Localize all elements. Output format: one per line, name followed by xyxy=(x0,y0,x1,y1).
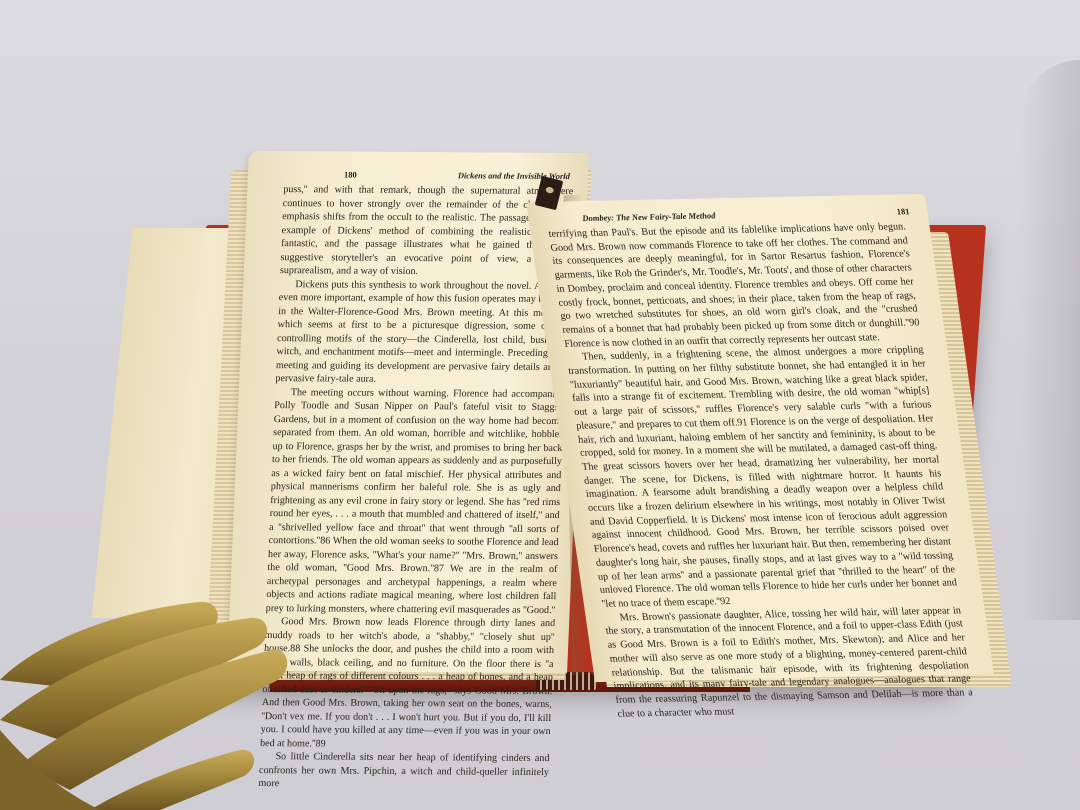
left-page-number: 180 xyxy=(344,169,357,179)
paragraph: Then, suddenly, in a frightening scene, … xyxy=(565,344,959,612)
background-shadow xyxy=(1020,60,1080,620)
right-page: Dombey: The New Fairy-Tale Method 181 te… xyxy=(526,194,994,682)
paragraph: The meeting occurs without warning. Flor… xyxy=(265,386,565,618)
paragraph: terrifying than Paul's. But the episode … xyxy=(548,220,923,351)
right-page-body: terrifying than Paul's. But the episode … xyxy=(529,216,999,722)
paragraph: So little Cinderella sits near her heap … xyxy=(258,750,550,793)
gold-mannequin-hand xyxy=(0,590,300,810)
paragraph: Mrs. Brown's passionate daughter, Alice,… xyxy=(603,604,976,721)
paragraph: Good Mrs. Brown now leads Florence throu… xyxy=(260,615,556,752)
photo-scene: ThstoriesupposhapefantasDickecompens' fe… xyxy=(0,0,1080,810)
paragraph: Dickens puts this synthesis to work thro… xyxy=(275,278,569,388)
right-page-number: 181 xyxy=(896,206,910,216)
